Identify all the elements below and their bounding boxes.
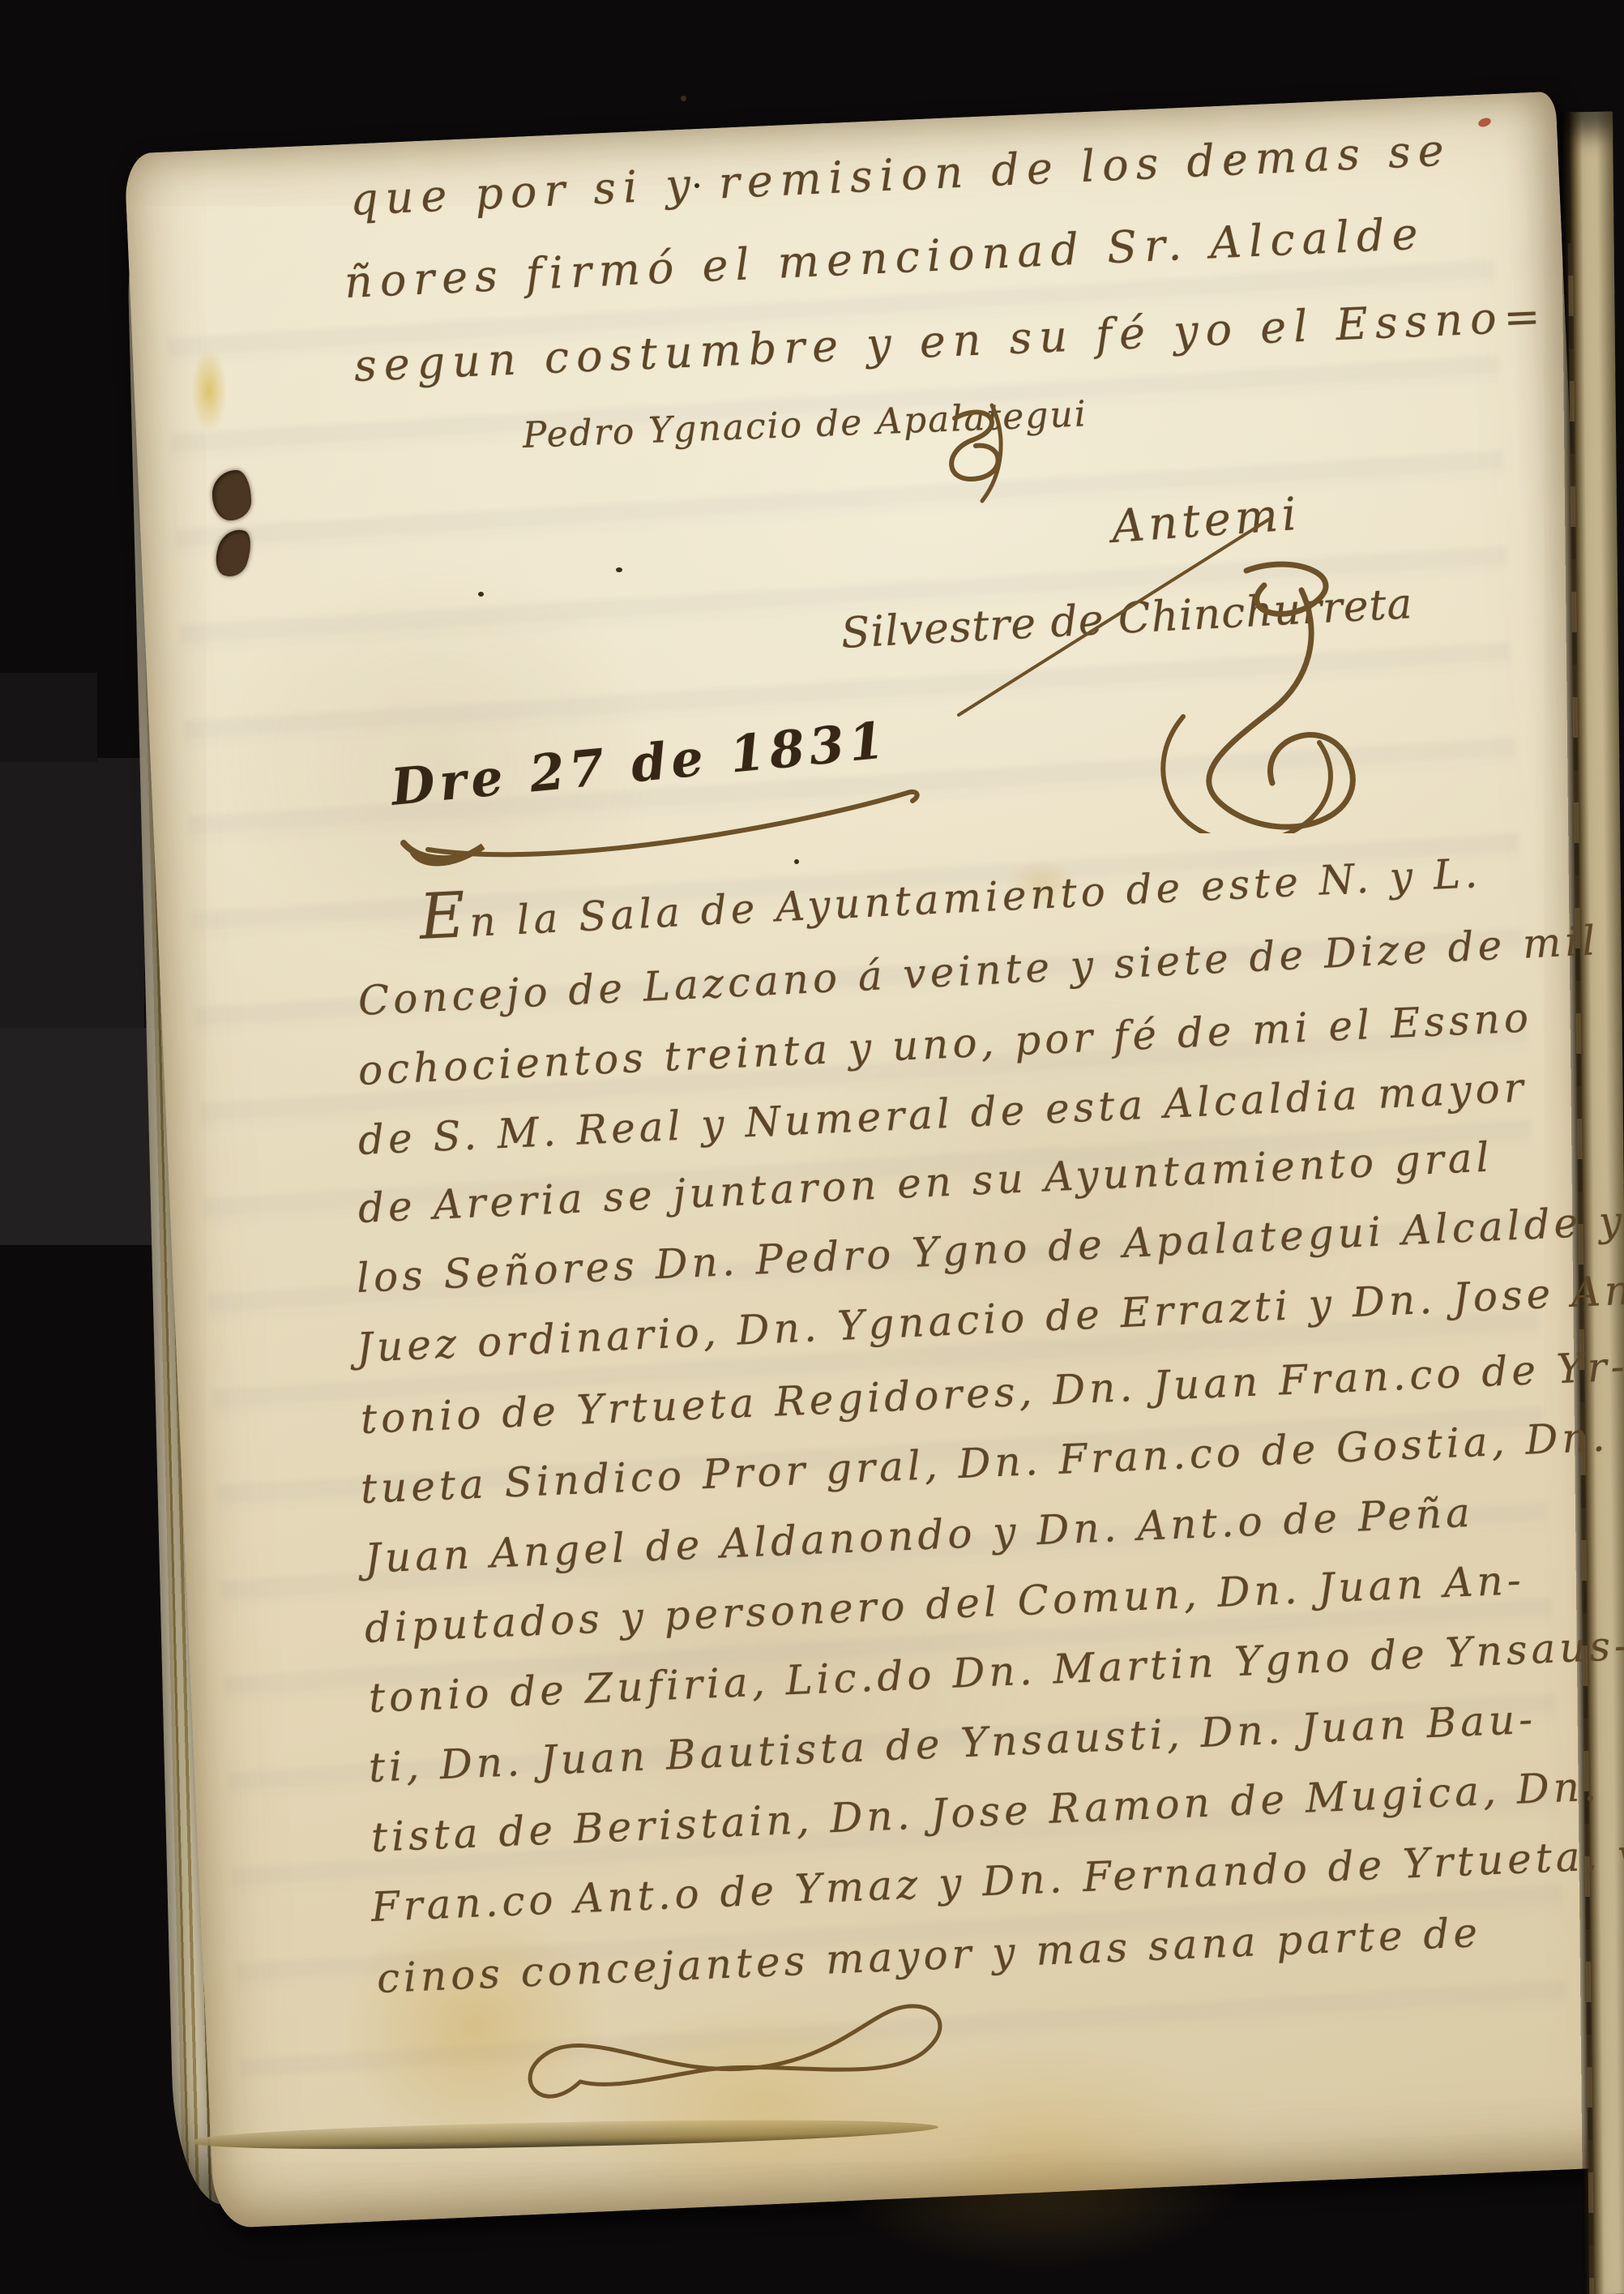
- ink-speck: [681, 96, 686, 101]
- ink-speck: [478, 592, 484, 597]
- photograph-of-manuscript: { "colors": { "background": "#0c0a0b", "…: [0, 0, 1624, 2294]
- background-shadow-patch: [0, 1028, 160, 1245]
- background-shadow-patch: [0, 673, 97, 762]
- background-shadow-patch: [0, 758, 144, 1029]
- ink-speck: [794, 859, 799, 864]
- ink-stain: [212, 470, 251, 520]
- ink-speck: [616, 567, 622, 572]
